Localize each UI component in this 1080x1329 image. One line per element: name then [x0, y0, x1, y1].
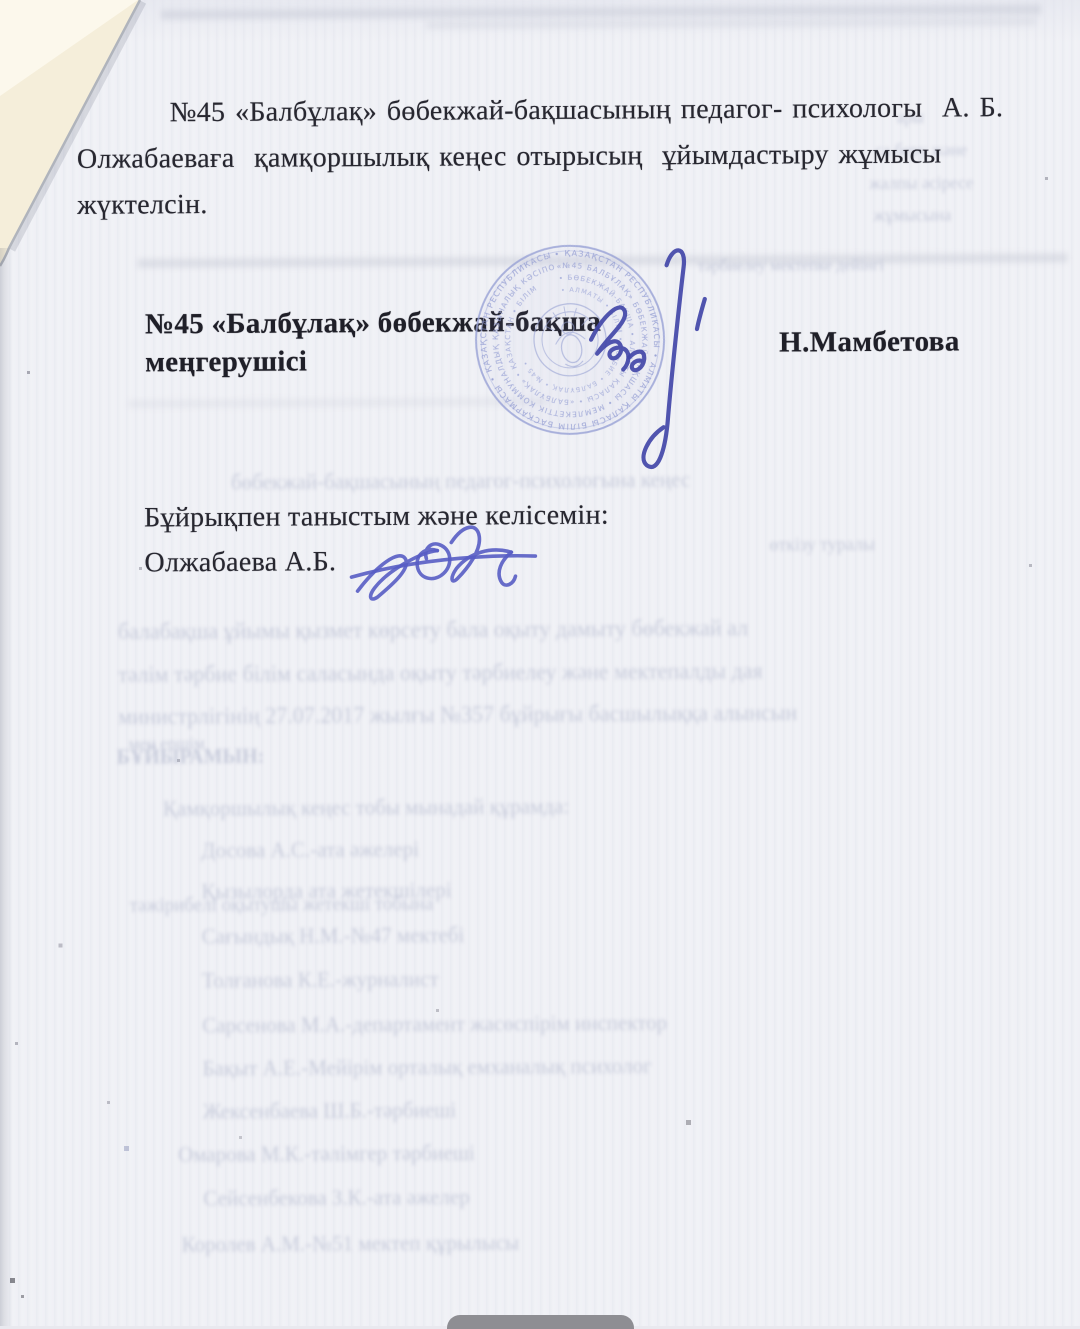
ghost-line: тәжірибелі оқытушы жетекші тобына [129, 893, 433, 918]
order-paragraph-line-1: №45 «Балбұлақ» бөбекжай-бақшасының педаг… [77, 86, 937, 137]
ghost-line: Сейсенбекова З.К.-ата әжелер [203, 1184, 470, 1212]
ghost-line: Омарова М.К.-тәлімгер тәрбиеші [178, 1140, 475, 1168]
ghost-smudge [161, 5, 1041, 20]
bottom-pill[interactable] [447, 1315, 634, 1326]
ghost-line: Жексенбаева Ш.Б.-тәрбиеші [203, 1097, 457, 1125]
ghost-line: тәлім тәрбие білім саласында оқыту тәрби… [118, 657, 763, 688]
signature-stroke [697, 299, 705, 329]
ghost-line: Королев А.М.-№51 мектеп құрылысы [181, 1230, 519, 1258]
order-paragraph: №45 «Балбұлақ» бөбекжай-бақшасының педаг… [77, 86, 938, 229]
ghost-line: Сарсенова М.А.-департамент жасөспірім ин… [202, 1010, 667, 1039]
ghost-line: өткізу туралы [769, 534, 875, 556]
signature-director [562, 237, 724, 493]
signature-stroke [629, 352, 644, 371]
ghost-line: Толғанова К.Е.-журналист [202, 966, 439, 993]
signature-stroke [642, 250, 685, 467]
order-paragraph-line-2: Олжабаеваға қамқоршылық кеңес отырысың ұ… [77, 132, 937, 183]
signature-stroke [451, 527, 511, 581]
document-content: арыса беру жәнежалпы әсіресежұмысынатәрб… [0, 0, 1080, 1326]
ghost-line: Досова А.С.-ата әжелері [201, 836, 419, 863]
scanned-document-page: арыса беру жәнежалпы әсіресежұмысынатәрб… [0, 0, 1080, 1326]
signature-stroke [591, 307, 629, 369]
ghost-line: министрлігінің 27.07.2017 жылғы №357 бұй… [118, 699, 797, 730]
signature-olzhabaeva [339, 512, 550, 613]
ghost-line: тәрбиелеу мектепке дейінгі [698, 257, 884, 277]
ghost-line: Қамқоршылық кеңес тобы мынадай құрамда: [163, 793, 569, 821]
ghost-line: Сағындық Н.М.-№47 мектебі [202, 922, 465, 950]
ghost-line: балабақша ұйымы қызмет көрсету бала оқыт… [118, 614, 749, 645]
acknowledged-by-name: Олжабаева А.Б. [144, 546, 336, 579]
ghost-line: Бақыт А.Е.-Мейірім орталық емханалық пси… [202, 1053, 651, 1082]
director-name: Н.Мамбетова [779, 325, 960, 359]
order-paragraph-line-3: жүктелсін. [77, 178, 937, 229]
scan-specks [0, 0, 1, 1]
ghost-smudge [426, 18, 1036, 29]
ghost-line: БҰЙЫРАМЫН: [117, 745, 265, 770]
